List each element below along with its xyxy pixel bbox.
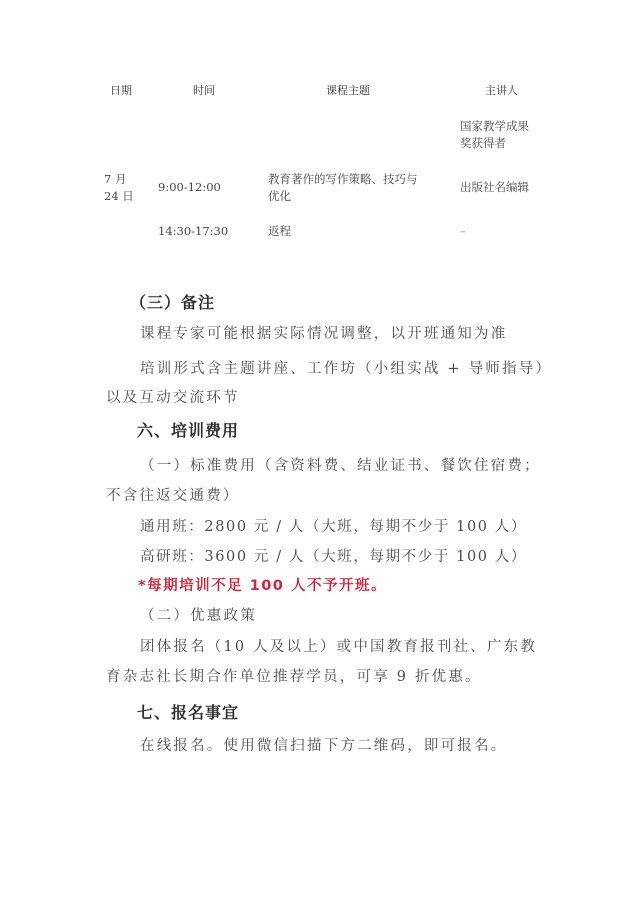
remarks-line2a: 培训形式含主题讲座、工作坊（小组实战 + 导师指导） xyxy=(140,357,552,378)
standard-fee-line1: （一）标准费用（含资料费、结业证书、餐饮住宿费； xyxy=(140,454,541,475)
discount-line2: 育杂志社长期合作单位推荐学员，可享 9 折优惠。 xyxy=(106,665,482,686)
time-cell: 9:00-12:00 xyxy=(158,179,221,196)
advanced-class-fee: 高研班：3600 元 / 人（大班，每期不少于 100 人） xyxy=(140,545,527,566)
speaker-cell-line1: 国家教学成果 xyxy=(460,118,529,135)
topic-cell-line2: 优化 xyxy=(268,188,291,205)
header-date: 日期 xyxy=(110,82,132,98)
header-topic: 课程主题 xyxy=(326,82,370,98)
general-class-fee: 通用班：2800 元 / 人（大班，每期不少于 100 人） xyxy=(140,515,527,536)
remarks-line1: 课程专家可能根据实际情况调整，以开班通知为准 xyxy=(140,322,507,343)
header-time: 时间 xyxy=(193,82,215,98)
date-cell-line1: 7 月 xyxy=(104,171,126,188)
speaker-cell: 出版社名编辑 xyxy=(460,179,529,196)
speaker-cell: – xyxy=(460,223,466,240)
registration-text: 在线报名。使用微信扫描下方二维码，即可报名。 xyxy=(140,734,507,755)
speaker-cell-line2: 奖获得者 xyxy=(460,135,506,152)
remarks-heading: （三）备注 xyxy=(130,290,215,313)
discount-line1: 团体报名（10 人及以上）或中国教育报刊社、广东教 xyxy=(140,635,537,656)
time-cell: 14:30-17:30 xyxy=(158,223,228,240)
header-speaker: 主讲人 xyxy=(485,82,518,98)
topic-cell-line1: 教育著作的写作策略、技巧与 xyxy=(268,171,418,188)
registration-heading: 七、报名事宜 xyxy=(137,700,239,723)
discount-heading: （二）优惠政策 xyxy=(140,604,257,625)
date-cell-line2: 24 日 xyxy=(104,188,134,205)
remarks-line2b: 以及互动交流环节 xyxy=(106,386,240,407)
standard-fee-line2: 不含往返交通费） xyxy=(106,484,240,505)
fees-heading: 六、培训费用 xyxy=(137,418,239,441)
topic-cell: 返程 xyxy=(268,223,291,240)
minimum-enrollment-warning: *每期培训不足 100 人不予开班。 xyxy=(138,574,387,595)
